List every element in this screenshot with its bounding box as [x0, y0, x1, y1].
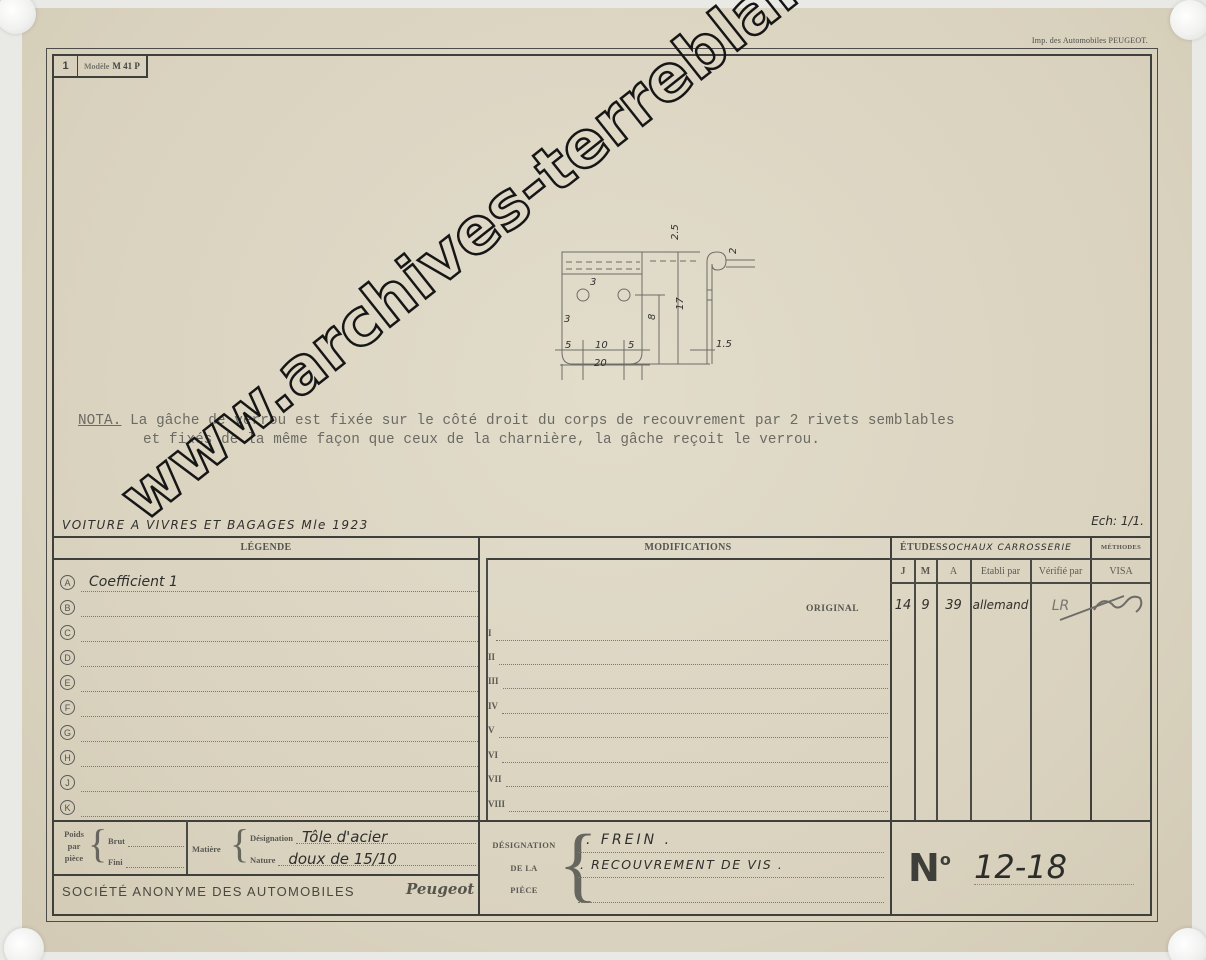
col-m-label: M — [915, 566, 936, 577]
letter-b-icon: B — [60, 600, 75, 615]
pin-bottom-left — [4, 928, 44, 960]
etudes-label: ÉTUDES — [900, 542, 942, 553]
pin-bottom-right — [1168, 928, 1206, 960]
letter-k-icon: K — [60, 800, 75, 815]
vehicle-title: VOITURE A VIVRES ET BAGAGES Mle 1923 — [62, 518, 369, 532]
company-name: SOCIÉTÉ ANONYME DES AUTOMOBILES — [62, 884, 355, 899]
letter-f-icon: F — [60, 700, 75, 715]
letter-c-icon: C — [60, 625, 75, 640]
model-prefix: Modèle — [84, 62, 109, 71]
model-label: Modèle M 41 P — [78, 56, 146, 76]
etudes-header-line — [890, 558, 1150, 560]
divider-methodes — [1090, 538, 1092, 820]
col-j-label: J — [892, 566, 914, 577]
value-m: 9 — [915, 598, 936, 613]
modifications-header: MODIFICATIONS — [488, 542, 888, 553]
piece-label-2: DE LA — [484, 863, 564, 873]
legend-row-k: K — [60, 793, 478, 817]
col-verifie-label: Vérifié par — [1031, 566, 1090, 577]
legend-value-a: Coefficient 1 — [89, 574, 178, 590]
company-line — [54, 874, 478, 876]
legend-row-f: F — [60, 693, 478, 717]
col-visa-label: VISA — [1092, 566, 1150, 577]
number-rule — [974, 884, 1134, 885]
etudes-subheader-line — [890, 582, 1150, 584]
dim-2-5: 2.5 — [670, 224, 681, 240]
imprint-text: Imp. des Automobiles PEUGEOT. — [1032, 36, 1148, 45]
model-box: 1 Modèle M 41 P — [52, 54, 148, 78]
piece-label-3: PIÈCE — [484, 885, 564, 895]
model-code: M 41 P — [112, 61, 140, 71]
piece-label-1: DÉSIGNATION — [484, 840, 564, 850]
dim-5-right: 5 — [628, 340, 634, 351]
dim-5-left: 5 — [565, 340, 571, 351]
letter-a-icon: A — [60, 575, 75, 590]
matiere-label: Matière — [192, 843, 221, 855]
technical-drawing: 2.5 2 3 3 17 8 5 10 5 20 1.5 — [550, 210, 770, 380]
dim-17: 17 — [675, 297, 686, 310]
value-a: 39 — [937, 598, 970, 613]
piece-line-2-rule — [578, 877, 884, 878]
legend-row-a: ACoefficient 1 — [60, 568, 478, 592]
mod-row-5: V — [488, 714, 888, 738]
legend-row-j: J — [60, 768, 478, 792]
letter-h-icon: H — [60, 750, 75, 765]
value-j: 14 — [892, 598, 914, 613]
mod-row-2: II — [488, 641, 888, 665]
dim-2: 2 — [728, 248, 739, 254]
poids-brace: { — [88, 824, 107, 864]
value-etabli: allemand — [971, 598, 1030, 612]
dim-3-radius: 3 — [564, 314, 570, 325]
etudes-department: SOCHAUX CARROSSERIE — [942, 543, 1072, 553]
nature-value: doux de 15/10 — [288, 853, 397, 865]
mod-row-7: VII — [488, 763, 888, 787]
legend-row-b: B — [60, 593, 478, 617]
dim-1-5: 1.5 — [716, 339, 732, 350]
col-a-label: A — [937, 566, 970, 577]
title-block: LÉGENDE MODIFICATIONS ÉTUDESSOCHAUX CARR… — [54, 536, 1150, 914]
poids-divider — [186, 820, 188, 874]
designation-field: Désignation Tôle d'acier — [250, 832, 476, 844]
fini-field: Fini — [108, 856, 184, 868]
piece-name-2: . RECOUVREMENT DE VIS . — [580, 857, 783, 872]
methodes-header: MÉTHODES — [1092, 544, 1150, 551]
etudes-header: ÉTUDESSOCHAUX CARROSSERIE — [900, 542, 1072, 553]
mod-row-3: III — [488, 665, 888, 689]
legend-row-e: E — [60, 668, 478, 692]
drawing-number: 12-18 — [974, 848, 1067, 886]
piece-name-1: . FREIN . — [586, 832, 672, 848]
legend-row-h: H — [60, 743, 478, 767]
brut-field: Brut — [108, 835, 184, 847]
dim-8: 8 — [647, 314, 658, 320]
scale-label: Ech: 1/1. — [1091, 514, 1144, 528]
legend-row-c: C — [60, 618, 478, 642]
dim-10: 10 — [595, 340, 608, 351]
legend-header-line — [54, 558, 478, 560]
dim-3-hole: 3 — [590, 277, 596, 288]
original-label: ORIGINAL — [806, 604, 859, 614]
letter-j-icon: J — [60, 775, 75, 790]
mod-header-line — [488, 558, 890, 560]
piece-line-3-rule — [578, 902, 884, 903]
poids-label: Poids par pièce — [58, 828, 90, 864]
number-prefix: No — [908, 846, 951, 890]
dim-20: 20 — [594, 358, 607, 369]
legend-header: LÉGENDE — [54, 542, 478, 553]
designation-value: Tôle d'acier — [302, 831, 387, 843]
mod-row-6: VI — [488, 739, 888, 763]
sheet-number: 1 — [54, 56, 78, 76]
bottom-section-line — [54, 820, 1150, 822]
col-etabli-label: Etabli par — [971, 566, 1030, 577]
legend-row-d: D — [60, 643, 478, 667]
mod-row-4: IV — [488, 690, 888, 714]
pin-top-right — [1170, 0, 1206, 40]
nota-label: NOTA. — [78, 413, 121, 429]
mod-row-1: I — [488, 617, 888, 641]
letter-g-icon: G — [60, 725, 75, 740]
piece-line-1-rule — [578, 852, 884, 853]
visa-signature — [1054, 588, 1150, 624]
mod-row-8: VIII — [488, 788, 888, 812]
legend-row-g: G — [60, 718, 478, 742]
divider-legend — [478, 538, 480, 916]
letter-d-icon: D — [60, 650, 75, 665]
peugeot-logo: Peugeot — [406, 880, 474, 898]
matiere-brace: { — [230, 824, 249, 864]
divider-modifications — [890, 538, 892, 916]
letter-e-icon: E — [60, 675, 75, 690]
nature-field: Nature doux de 15/10 — [250, 854, 476, 866]
